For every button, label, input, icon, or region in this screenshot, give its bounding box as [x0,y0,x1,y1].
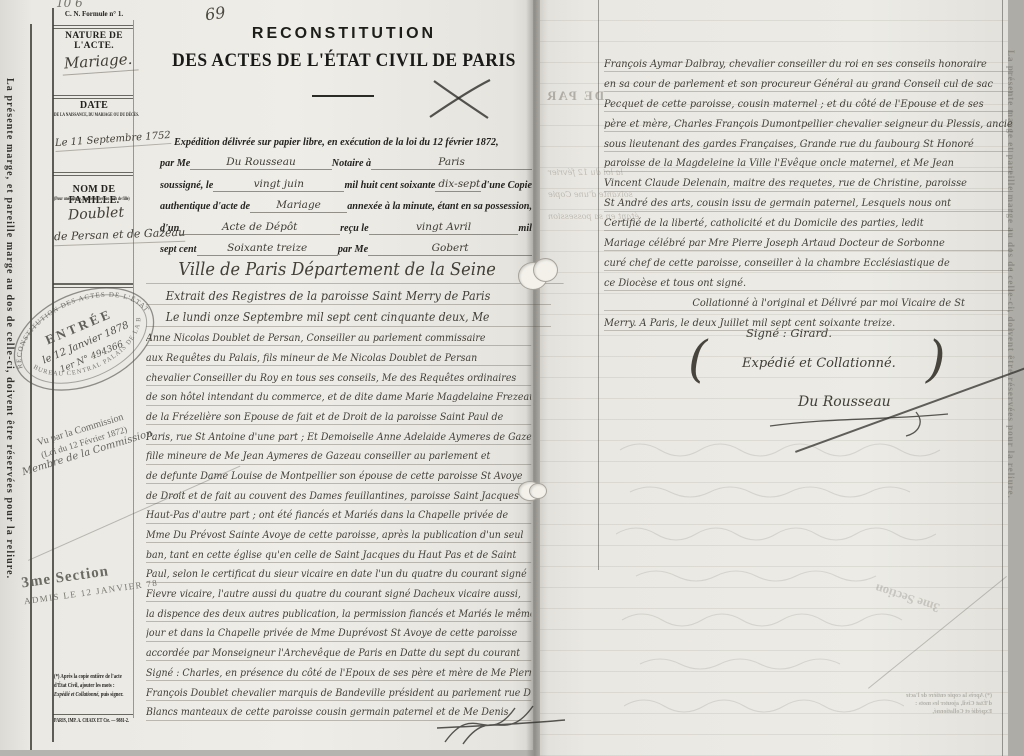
manuscript-line: père et mère, Charles François Dumontpel… [604,117,1013,132]
printed-soussigne: soussigné, le [160,180,213,192]
fill-notary2: Gobert [368,242,532,256]
collation-paren-right: ) [926,330,946,388]
fill-acte-type: Mariage [250,199,347,213]
preamble-row4: authentique d'acte de Mariage annexée à … [160,192,532,214]
footnote-line1: (*) Après la copie entière de l'acte [54,672,119,681]
manuscript-line: Ville de Paris Département de la Seine [146,257,564,284]
printed-dune-copie: d'une Copie [481,180,532,192]
manuscript-line: paroisse de la Magdeleine la Ville l'Evê… [604,156,1013,171]
preamble: Expédition délivrée sur papier libre, en… [160,127,532,256]
manuscript-line: Paul, selon le certificat du sieur vicai… [146,567,531,582]
manuscript-line: aux Requêtes du Palais, fils mineur de M… [146,351,531,366]
footnote-line3: Expédié et Collationné, puis signer. [54,690,119,699]
preamble-row5: d'un Acte de Dépôt reçu le vingt Avril m… [160,213,532,235]
printed-annexee: annexée à la minute, étant en sa possess… [347,201,532,213]
printed-mil-huit: mil huit cent soixante [344,180,435,192]
manuscript-line: de Droit et de fait au couvent des Dames… [146,489,531,504]
page-number: 69 [204,3,227,25]
x-mark-annotation [424,76,496,122]
printed-dun: d'un [160,223,179,235]
rule [53,714,133,715]
footnote: (*) Après la copie entière de l'acte d'É… [54,672,140,699]
printed-mil2: mil [518,223,532,235]
signe-girard: Signé : Girard. [746,326,832,340]
manuscript-line: de la Frézelière son Epouse de fait et d… [146,410,531,425]
title-line1: RECONSTITUTION [158,25,530,43]
ghost-fragment: la loi du 12 février [548,168,623,177]
rule [53,28,133,29]
fill-act-date: vingt juin [213,178,344,192]
ghost-handwriting [610,430,990,730]
manuscript-line: en sa cour de parlement et son procureur… [604,77,1013,92]
manuscript-line: de son hôtel intendant du commerce, et d… [146,390,531,405]
date-sublabel: DE LA NAISSANCE, DU MARIAGE OU DU DÉCÈS. [54,112,139,118]
manuscript-line: Vincent Claude Delenain, maitre des requ… [604,176,1013,191]
rule [53,175,133,176]
manuscript-line: Le lundi onze Septembre mil sept cent ci… [146,310,551,327]
ghost-title-fragment: DE PAR [545,88,604,104]
manuscript-line: Mariage célébré par Mre Pierre Joseph Ar… [604,236,1013,251]
manuscript-line: Pecquet de cette paroisse, cousin matern… [604,97,1013,112]
manuscript-line: de defunte Dame Louise de Montpellier so… [146,469,531,484]
printed-sept-cent: sept cent [160,244,197,256]
fill-recu-date: vingt Avril [369,221,519,235]
printed-par-me: par Me [160,158,190,170]
formula-header: C. N. Formule n° 1. [54,10,134,18]
manuscript-line: Collationné à l'original et Délivré par … [604,296,1013,311]
printed-par-me2: par Me [338,244,368,256]
manuscript-line: accordée par Monseigneur l'Archevêque de… [146,646,531,661]
manuscript-line: ce Diocèse et tous ont signé. [604,276,1013,291]
family-name-line1: Doublet [68,205,125,224]
manuscript-line: Paris, rue St Antoine d'une part ; Et De… [146,430,531,445]
left-margin-note: La présente marge, et pareille marge au … [4,78,15,678]
rule [53,95,133,96]
preamble-row2: par Me Du Rousseau Notaire à Paris [160,149,532,171]
manuscript-line: ban, tant en cette église qu'en celle de… [146,548,531,563]
manuscript-line: St André des arts, cousin issu de germai… [604,196,1013,211]
rule [53,25,133,26]
signature-flourish-left [425,698,575,750]
printed-notaire-a: Notaire à [332,158,371,170]
corner-scribble: 10 6 [56,0,83,10]
printer-imprint: PARIS, IMP. A. CHAIX ET Cie. — 9881-2. [54,718,129,724]
manuscript-body-right: François Aymar Dalbray, chevalier consei… [604,57,1014,335]
family-name-label: NOM DE FAMILLE. [54,184,134,206]
right-page-margin-rule [598,0,599,570]
collation-note: Expédié et Collationné. [742,356,896,371]
manuscript-line: jour et dans la Chapelle privée de Mme D… [146,626,531,641]
footnote-line3-rest: puis signer. [100,691,124,698]
manuscript-line: Fievre vicaire, l'autre aussi du quatre … [146,587,531,602]
fill-city: Paris [371,156,532,170]
preamble-row6: sept cent Soixante treize par Me Gobert [160,235,532,257]
nature-acte-label: NATURE DE L'ACTE. [50,31,138,51]
manuscript-line: sous lieutenant des gardes Françaises, G… [604,137,1013,152]
date-label: DATE [54,100,134,111]
fill-year2: Soixante treize [197,242,338,256]
manuscript-line: Anne Nicolas Doublet de Persan, Conseill… [146,331,531,346]
footnote-line3-italic: Expédié et Collationné, [54,691,100,698]
manuscript-line: curé chef de cette paroisse, conseiller … [604,256,1013,271]
rule [53,172,133,173]
family-name-sublabel: (Pour une femme, mettre en 1er son nom d… [54,196,130,202]
document-scan: La présente marge, et pareille marge au … [0,0,1024,756]
manuscript-line: Signé : Charles, en présence du côté de … [146,666,531,681]
preamble-row3: soussigné, le vingt juin mil huit cent s… [160,170,532,192]
collation-paren-left: ( [688,330,708,388]
manuscript-line: Certifié de la liberté, catholicité et d… [604,216,1013,231]
printed-recu-le: reçu le [340,223,369,235]
fill-deposit: Acte de Dépôt [179,221,340,235]
manuscript-line: Mme Du Prévost Sainte Avoye de cette par… [146,528,531,543]
ghost-fragment: soixante d'une Copie [548,190,633,199]
manuscript-line: François Aymar Dalbray, chevalier consei… [604,57,1013,72]
manuscript-body-left: Ville de Paris Département de la Seine E… [146,257,532,725]
manuscript-line: Haut-Pas d'autre part ; ont été fiancés … [146,508,531,523]
fill-notary: Du Rousseau [190,156,332,170]
preamble-line1: Expédition délivrée sur papier libre, en… [160,137,499,149]
preamble-row1: Expédition délivrée sur papier libre, en… [160,127,532,149]
manuscript-line: chevalier Conseiller du Roy en tous ses … [146,371,531,386]
manuscript-line: Extrait des Registres de la paroisse Sai… [146,288,551,305]
manuscript-line: la dispence des deux autres publication,… [146,607,531,622]
rule [53,98,133,99]
title-line2: DES ACTES DE L'ÉTAT CIVIL DE PARIS [164,50,525,72]
fill-year: dix-sept [435,178,481,192]
printed-authentique: authentique d'acte de [160,201,250,213]
manuscript-line: fille mineure de Me Jean Aymeres de Gaze… [146,449,531,464]
ghost-fragment: étant en sa possession [548,212,639,221]
title-divider [312,95,374,97]
right-margin-ghost-note: La présente marge et pareille marge au d… [1006,50,1016,690]
footnote-line2: d'État Civil, ajouter les mots : [54,681,119,690]
